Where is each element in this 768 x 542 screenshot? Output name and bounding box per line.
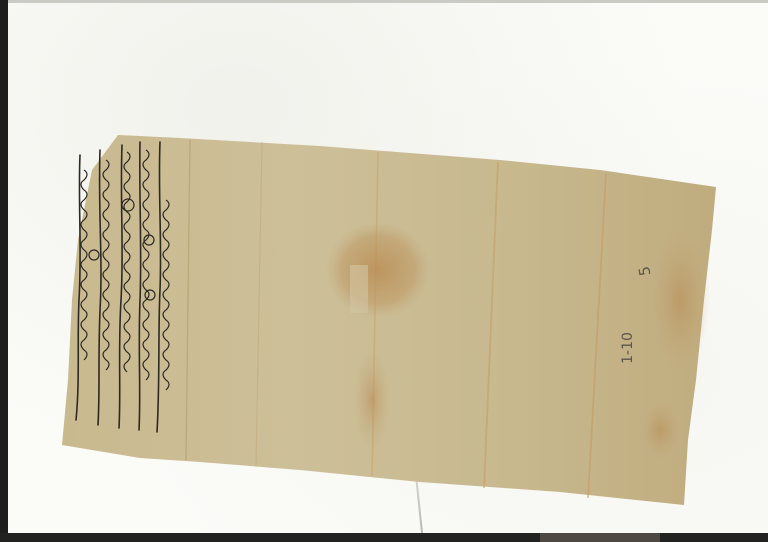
manuscript-text-block: ਕਿਸ ਕਾਮ ਦੇ ਹੁਣ ... ਦਾ ਕੋਰਾ ਮਾਲ ਮਸਰਕ ਪਿਆਮ… — [62, 135, 192, 435]
water-stain — [326, 222, 430, 318]
pencil-annotation-page-range: 1-10 — [620, 332, 636, 364]
manuscript-leaf: ਕਿਸ ਕਾਮ ਦੇ ਹੁਣ ... ਦਾ ਕੋਰਾ ਮਾਲ ਮਸਰਕ ਪਿਆਮ… — [0, 0, 768, 542]
